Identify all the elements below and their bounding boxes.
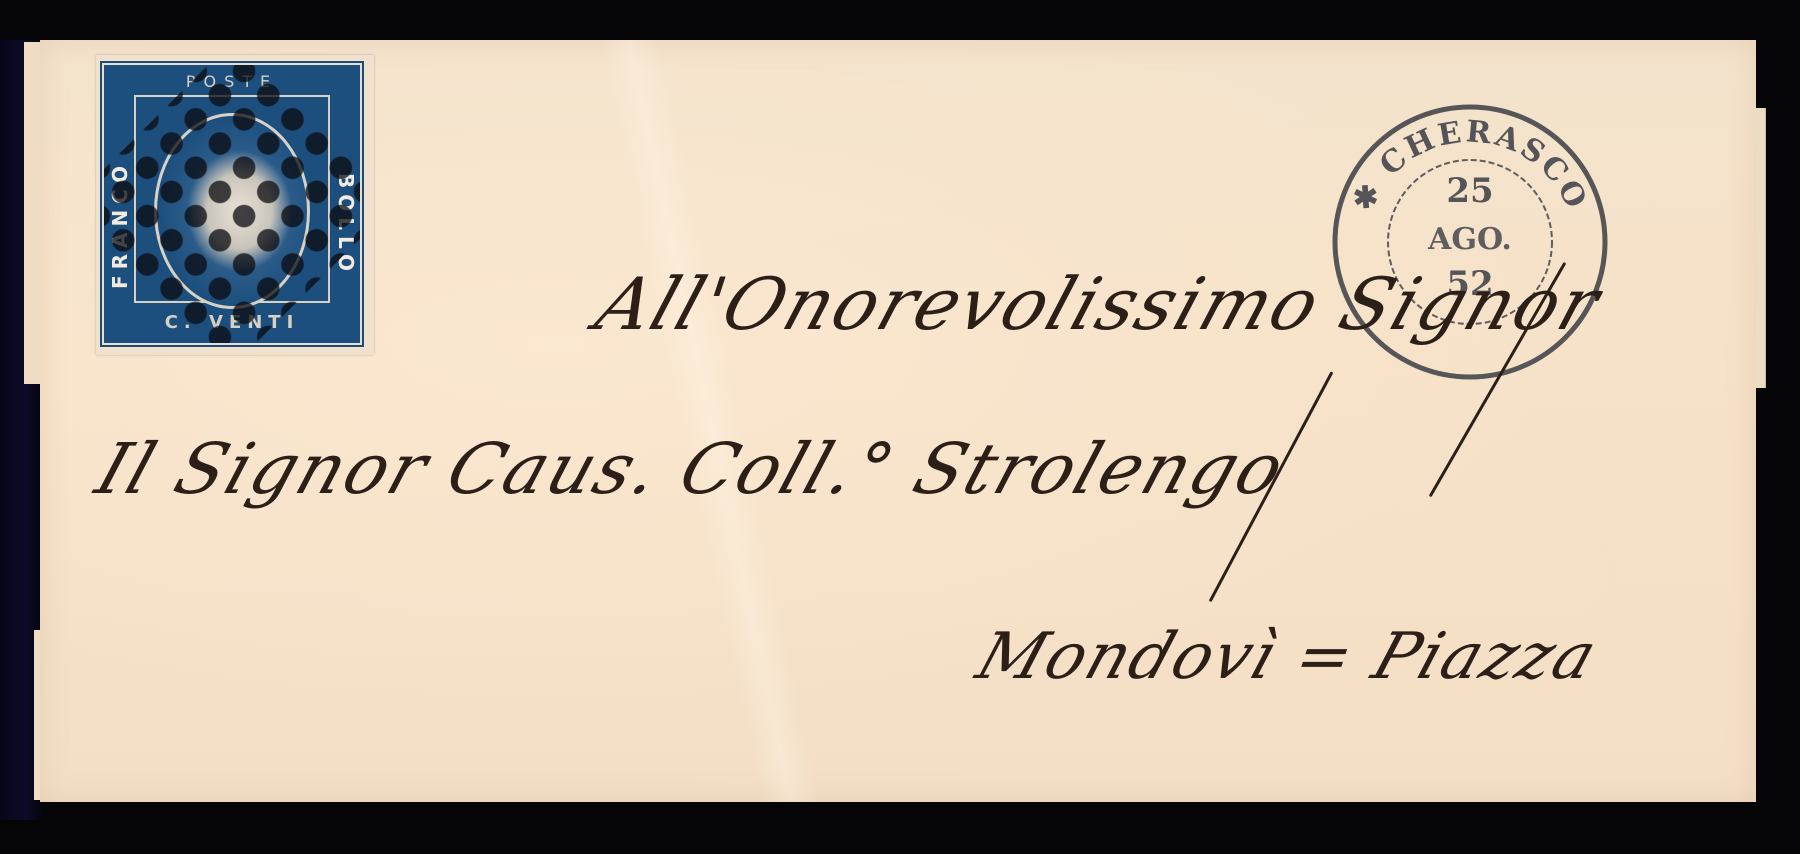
address-line-3: Mondovì = Piazza (968, 620, 1607, 694)
address-line-2: Il Signor Caus. Coll.° Strolengo (87, 428, 1296, 510)
paper-fold (599, 40, 821, 802)
svg-text:AGO.: AGO. (1427, 222, 1512, 257)
cancellation-mark (104, 65, 360, 343)
folded-sheet-edge-right (1755, 108, 1766, 388)
postage-stamp: POSTE FRANCO BOLLO C. VENTI (96, 55, 374, 355)
svg-text:25: 25 (1446, 171, 1493, 211)
stamp-design: POSTE FRANCO BOLLO C. VENTI (102, 63, 362, 345)
address-line-1: All'Onorevolissimo Signor (586, 262, 1611, 346)
